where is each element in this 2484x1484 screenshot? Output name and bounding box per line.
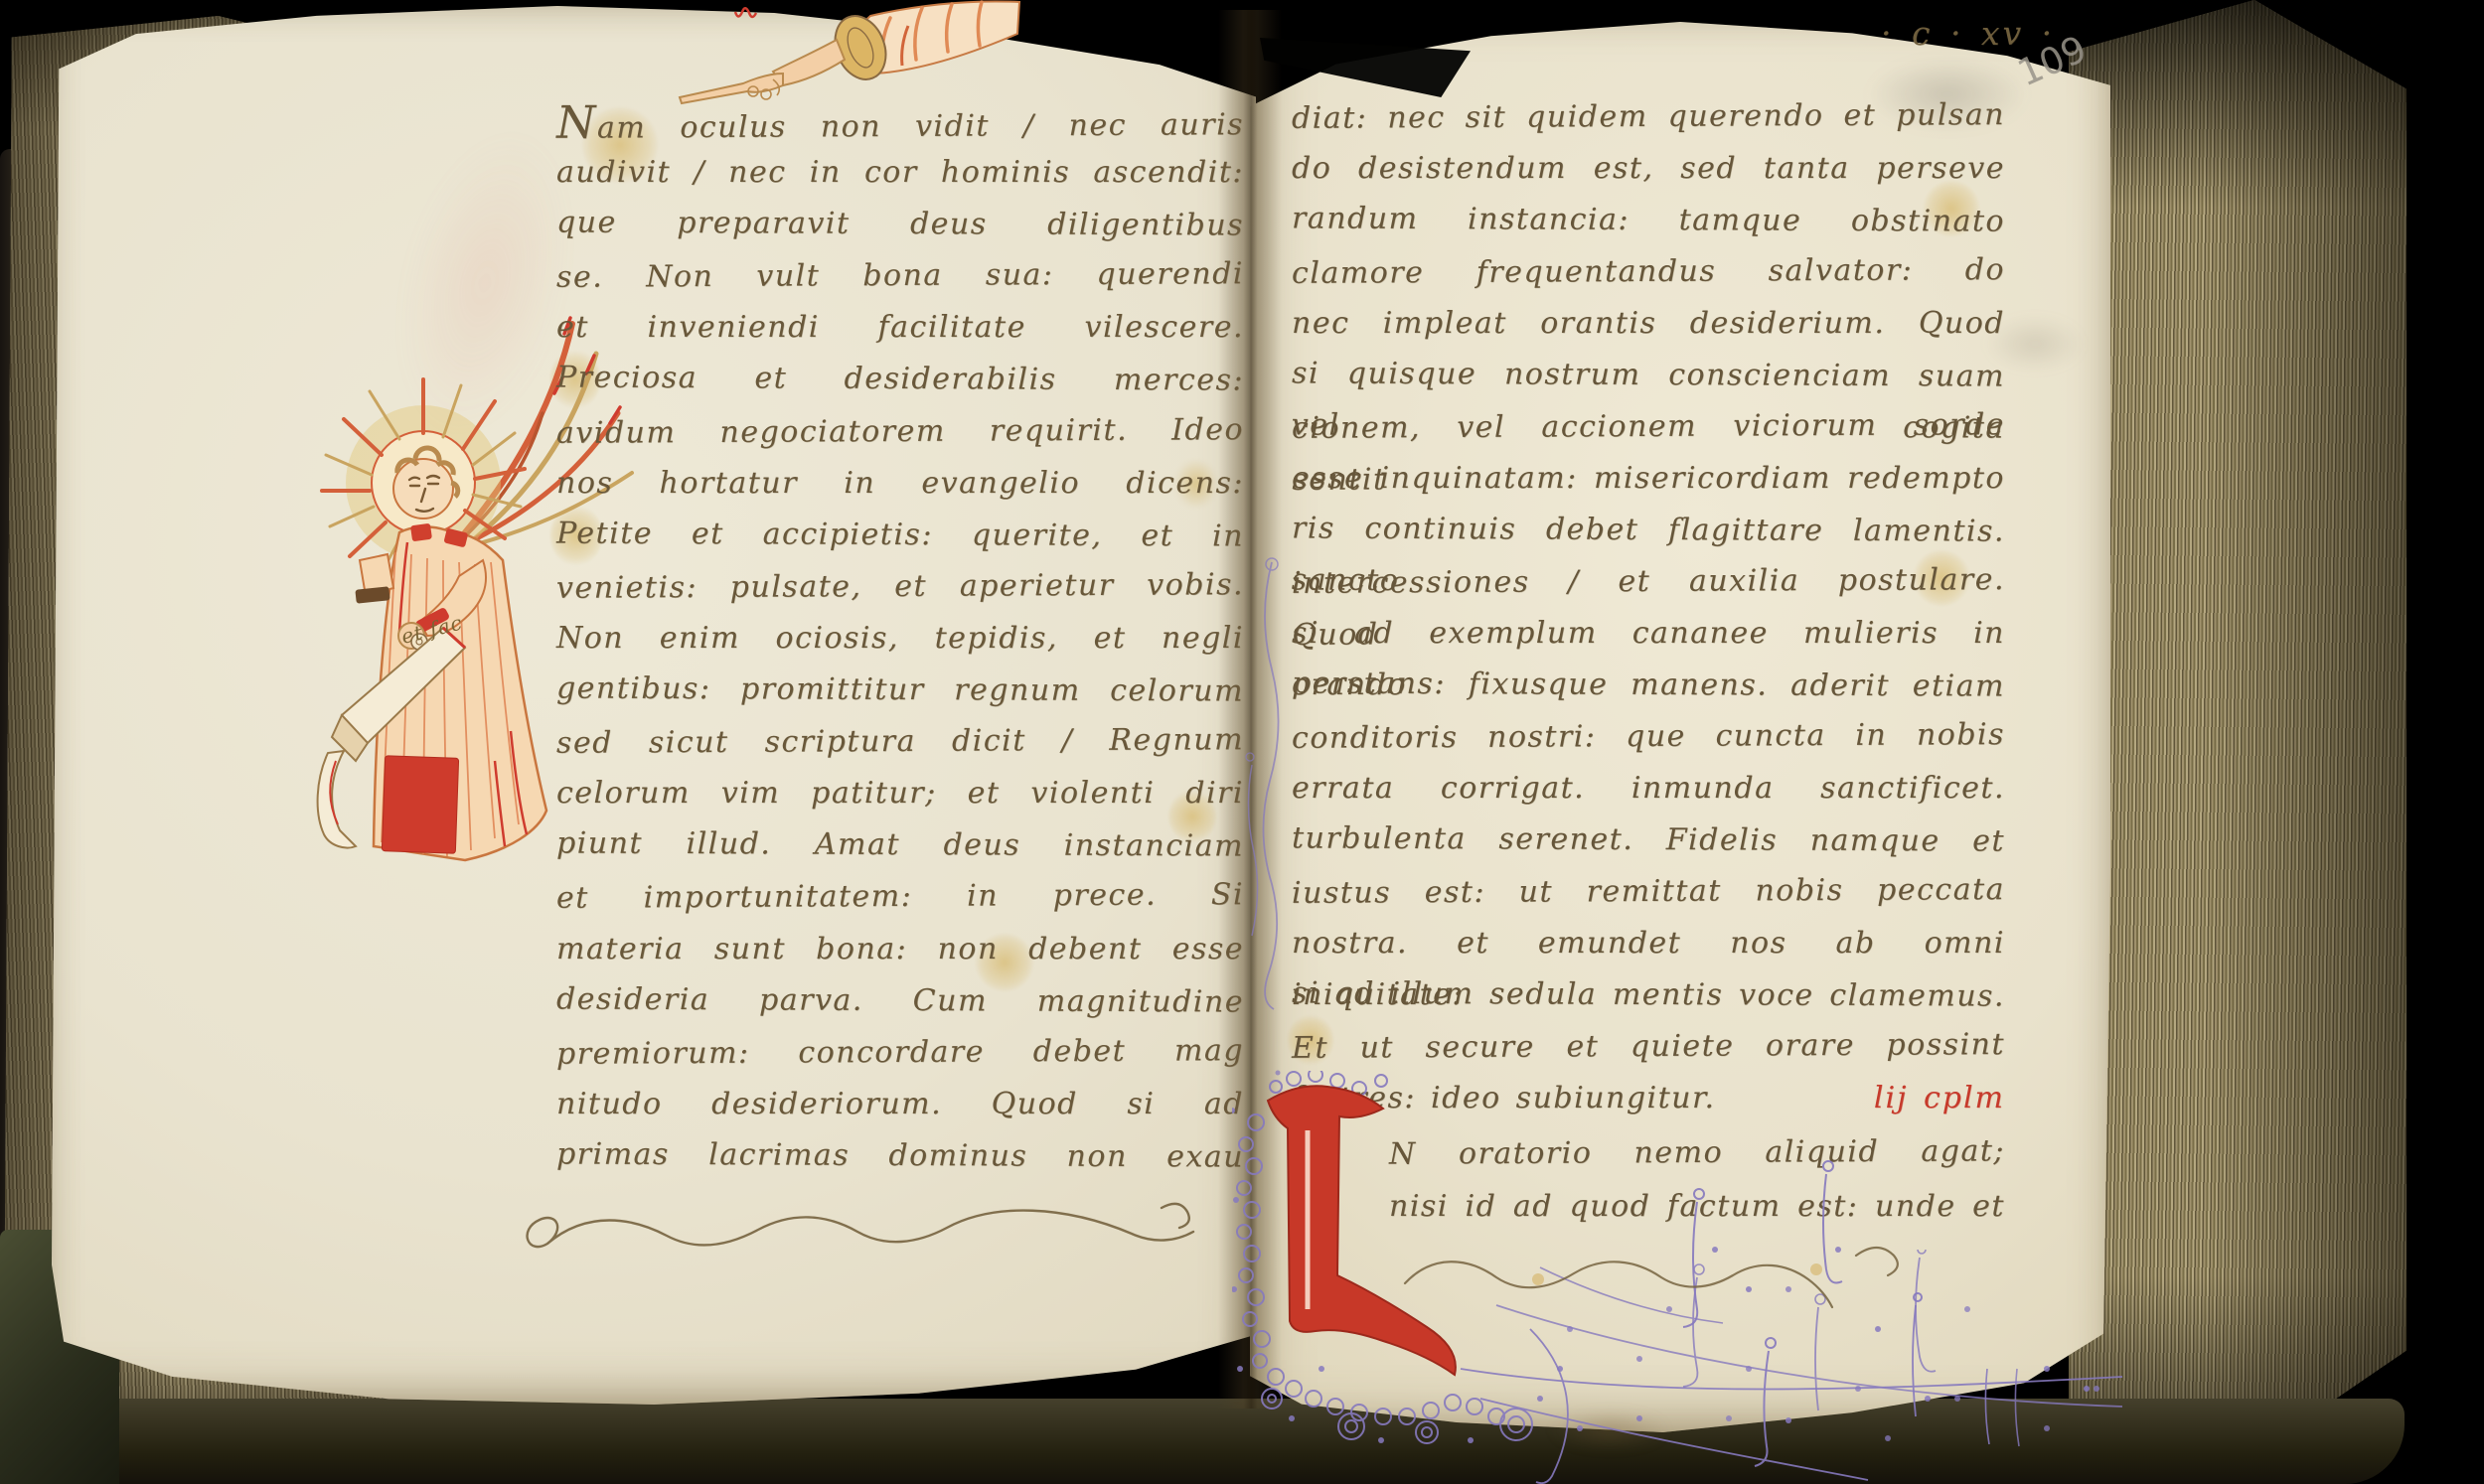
manuscript-line: esse inquinatam: misericordiam redempto [1292, 453, 2005, 505]
manuscript-line: audivit / nec in cor hominis ascendit: [556, 147, 1244, 199]
red-satchel [382, 756, 458, 854]
manuscript-line: Petite et accipietis: querite, et in [556, 508, 1244, 562]
manuscript-line: et importunitatem: in prece. Si [556, 870, 1244, 926]
left-page-text: Nam oculus non vidit / nec auris audivit… [556, 95, 1244, 1182]
penwork-ascenders [1238, 556, 1302, 1083]
manuscript-line: randum instancia: tamque obstinato [1292, 193, 2005, 247]
manuscript-line: nostra. et emundet nos ab omni iniquitat… [1292, 918, 2005, 969]
manuscript-line: do desistendum est, sed tanta perseve [1292, 143, 2005, 195]
decorated-initial-letter: I [0, 0, 1, 1]
manuscript-line: cionem, vel accionem viciorum sorde sent… [1292, 399, 2005, 455]
manuscript-line: et inveniendi facilitate vilescere. [556, 302, 1244, 354]
manuscript-line: conditoris nostri: que cuncta in nobis [1292, 709, 2005, 765]
manuscript-line: clamore frequentandus salvator: do [1292, 244, 2005, 300]
manuscript-line: perstans: fixusque manens. aderit etiam [1292, 658, 2005, 712]
manuscript-line: materia sunt bona: non debent esse [556, 924, 1244, 975]
manuscript-line: se. Non vult bona sua: querendi [556, 248, 1244, 304]
manuscript-line: si ad exemplum cananee mulieris in orand… [1292, 608, 2005, 660]
manuscript-line: turbulenta serenet. Fidelis namque et [1292, 813, 2005, 867]
manuscript-line: Non enim ociosis, tepidis, et negli [556, 613, 1244, 665]
manuscript-line: desideria parva. Cum magnitudine [556, 973, 1244, 1028]
manuscript-line: venietis: pulsate, et aperietur vobis. [556, 559, 1244, 615]
ink-flourish-right [1389, 1240, 2025, 1325]
manuscript-line: si ad illum sedula mentis voce clamemus. [1292, 967, 2005, 1022]
manuscript-line: gentibus: promittitur regnum celorum [556, 664, 1244, 718]
manuscript-line: nitudo desideriorum. Quod si ad [556, 1079, 1244, 1130]
manuscript-line: intercessiones / et auxilia postulare. Q… [1292, 554, 2005, 610]
manuscript-line: sed sicut scriptura dicit / Regnum [556, 714, 1244, 770]
manuscript-line: celorum vim patitur; et violenti diri [556, 768, 1244, 819]
manuscript-line: premiorum: concordare debet mag [556, 1025, 1244, 1081]
manuscript-line: nos hortatur in evangelio dicens: [556, 458, 1244, 510]
manuscript-line: nec impleat orantis desiderium. Quod [1292, 298, 2005, 350]
manuscript-line: Nam oculus non vidit / nec auris [556, 93, 1244, 149]
manuscript-line: avidum negociatorem requirit. Ideo [556, 404, 1244, 460]
manuscript-line: que preparavit deus diligentibus [556, 198, 1244, 252]
manuscript-line: si quisque nostrum conscienciam suam vel… [1292, 348, 2005, 402]
manuscript-line: iustus est: ut remittat nobis peccata [1292, 864, 2005, 920]
initial-red-body [1268, 1086, 1456, 1375]
manuscript-line: Et ut secure et quiete orare possint [1292, 1019, 2005, 1075]
manuscript-photo: · c · xv · 109 [0, 0, 2484, 1484]
right-page-text: diat: nec sit quidem querendo et pulsan … [1292, 91, 2005, 1124]
manuscript-line: piunt illud. Amat deus instanciam [556, 818, 1244, 873]
manuscript-line: errata corrigat. inmunda sanctificet. [1292, 763, 2005, 815]
manuscript-line: ris continuis debet flagittare lamentis.… [1292, 503, 2005, 557]
manuscript-line: Preciosa et desiderabilis merces: [556, 353, 1244, 407]
ink-flourish-left [502, 1170, 1197, 1284]
manuscript-line: diat: nec sit quidem querendo et pulsan [1292, 89, 2005, 145]
